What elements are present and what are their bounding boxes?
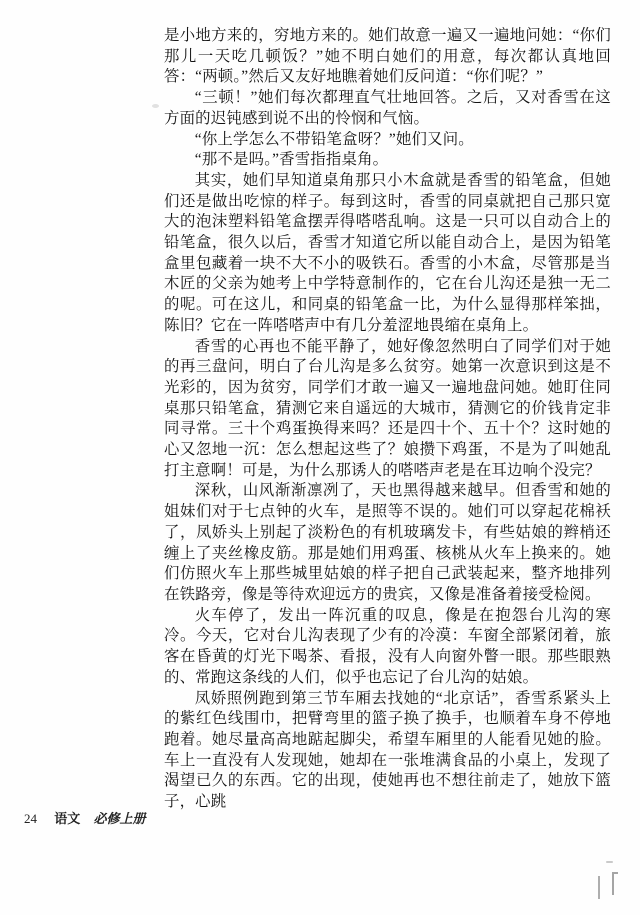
scan-mark-right bbox=[612, 872, 614, 895]
paragraph: “三顿！”她们每次都理直气壮地回答。之后，又对香雪在这方面的迟钝感到说不出的怜悯… bbox=[164, 88, 611, 129]
paragraph: 凤娇照例跑到第三节车厢去找她的“北京话”，香雪系紧头上的紫红色线围巾，把臂弯里的… bbox=[164, 689, 611, 813]
textbook-page: 是小地方来的，穷地方来的。她们故意一遍又一遍地问她：“你们那儿一天吃几顿饭？”她… bbox=[0, 0, 640, 915]
page-body-text: 是小地方来的，穷地方来的。她们故意一遍又一遍地问她：“你们那儿一天吃几顿饭？”她… bbox=[164, 26, 611, 813]
scan-mark-left bbox=[598, 876, 600, 899]
paragraph: 是小地方来的，穷地方来的。她们故意一遍又一遍地问她：“你们那儿一天吃几顿饭？”她… bbox=[164, 26, 611, 88]
paragraph: 香雪的心再也不能平静了，她好像忽然明白了同学们对于她的再三盘问，明白了台儿沟是多… bbox=[164, 337, 611, 482]
page-footer: 24 语文 必修上册 bbox=[24, 811, 146, 826]
scan-speck bbox=[152, 104, 159, 108]
footer-volume-label: 必修上册 bbox=[94, 811, 146, 826]
paragraph: “那不是吗。”香雪指指桌角。 bbox=[164, 150, 611, 171]
scan-mark-dash bbox=[606, 861, 613, 863]
paragraph: 深秋，山风渐渐凛冽了，天也黑得越来越早。但香雪和她的姐妹们对于七点钟的火车，是照… bbox=[164, 481, 611, 605]
page-number: 24 bbox=[24, 811, 37, 826]
paragraph: 火车停了，发出一阵沉重的叹息，像是在抱怨台儿沟的寒冷。今天，它对台儿沟表现了少有… bbox=[164, 606, 611, 689]
paragraph: 其实，她们早知道桌角那只小木盒就是香雪的铅笔盒，但她们还是做出吃惊的样子。每到这… bbox=[164, 171, 611, 337]
footer-subject-label: 语文 bbox=[54, 811, 80, 826]
paragraph: “你上学怎么不带铅笔盒呀？”她们又问。 bbox=[164, 130, 611, 151]
